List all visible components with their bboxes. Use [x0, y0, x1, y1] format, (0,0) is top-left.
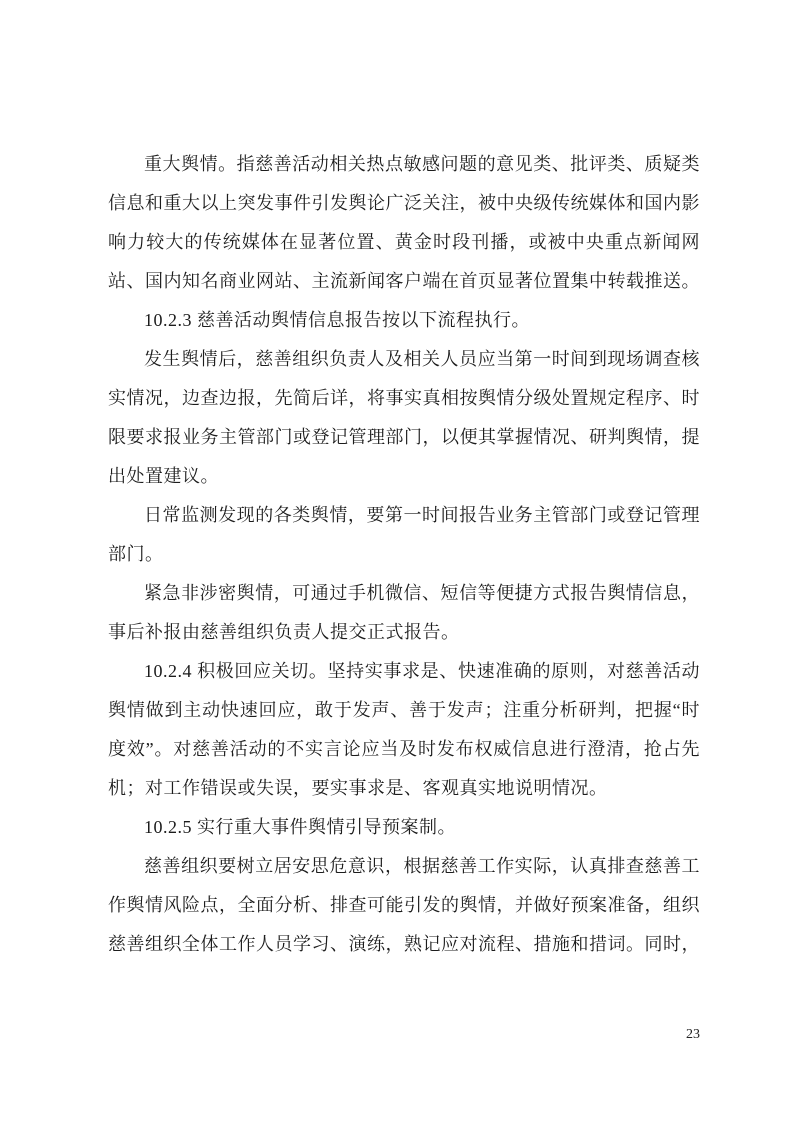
paragraph-10-2-5-preparedness-plan: 慈善组织要树立居安思危意识，根据慈善工作实际，认真排查慈善工作舆情风险点，全面分… [108, 847, 700, 964]
section-heading-10-2-5: 10.2.5 实行重大事件舆情引导预案制。 [108, 808, 700, 847]
paragraph-major-yuqing-definition: 重大舆情。指慈善活动相关热点敏感问题的意见类、批评类、质疑类信息和重大以上突发事… [108, 145, 700, 301]
page-number: 23 [0, 1026, 700, 1044]
paragraph-daily-monitoring: 日常监测发现的各类舆情，要第一时间报告业务主管部门或登记管理部门。 [108, 496, 700, 574]
section-heading-10-2-3: 10.2.3 慈善活动舆情信息报告按以下流程执行。 [108, 301, 700, 340]
body-text: 重大舆情。指慈善活动相关热点敏感问题的意见类、批评类、质疑类信息和重大以上突发事… [108, 145, 700, 964]
paragraph-report-process: 发生舆情后，慈善组织负责人及相关人员应当第一时间到现场调查核实情况，边查边报，先… [108, 340, 700, 496]
paragraph-urgent-nonclassified-report: 紧急非涉密舆情，可通过手机微信、短信等便捷方式报告舆情信息，事后补报由慈善组织负… [108, 574, 700, 652]
paragraph-10-2-4-respond-concerns: 10.2.4 积极回应关切。坚持实事求是、快速准确的原则，对慈善活动舆情做到主动… [108, 652, 700, 808]
document-page: 重大舆情。指慈善活动相关热点敏感问题的意见类、批评类、质疑类信息和重大以上突发事… [0, 0, 793, 1122]
